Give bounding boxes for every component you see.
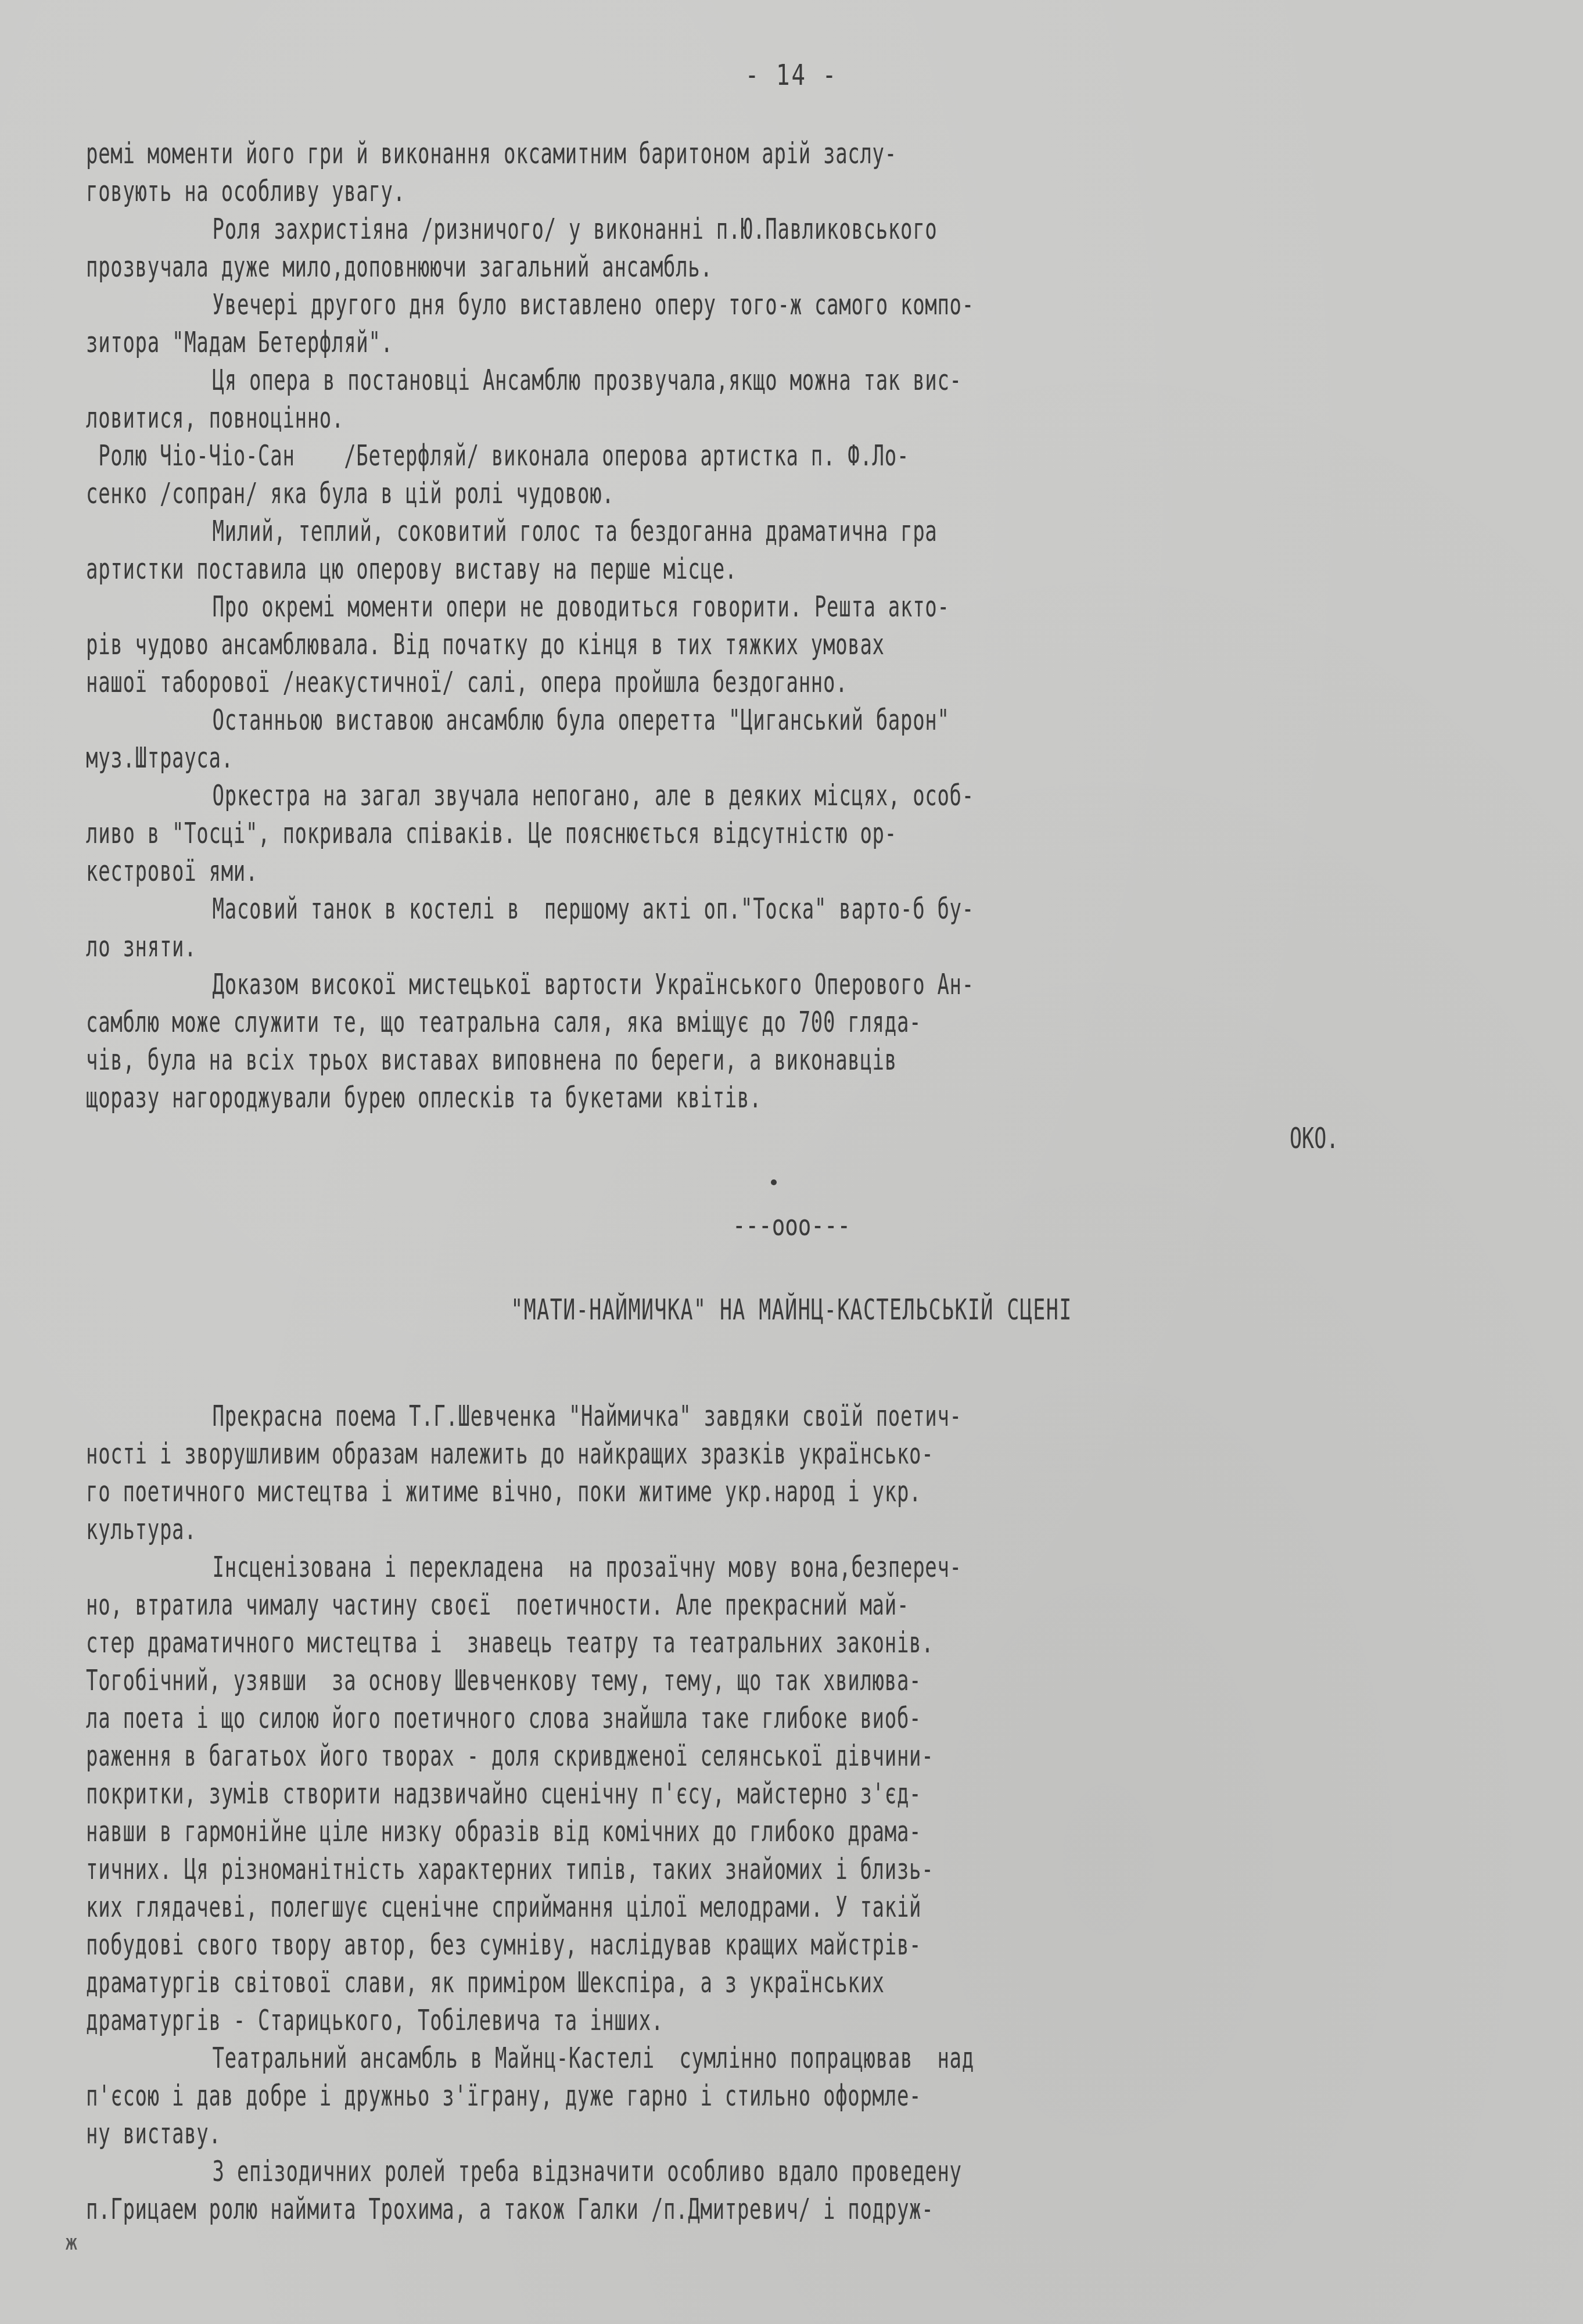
text-line: раження в багатьох його творах - доля ск… <box>86 1737 1046 1775</box>
text-line: ливо в "Тосці", покривала співаків. Це п… <box>86 815 1046 852</box>
text-line: но, втратила чималу частину своєї поетич… <box>86 1586 1046 1624</box>
text-line: Театральний ансамбль в Майнц-Кастелі сум… <box>86 2039 1046 2077</box>
section-separator: ---ооо--- <box>198 1208 1385 1242</box>
text-line: щоразу нагороджували бурею оплесків та б… <box>86 1079 1046 1117</box>
text-line: ності і зворушливим образам належить до … <box>86 1435 1046 1473</box>
author-signature: ОКО. <box>1290 1121 1338 1155</box>
text-line: Прекрасна поема Т.Г.Шевченка "Наймичка" … <box>86 1397 1046 1435</box>
page-number: - 14 - <box>174 58 1409 92</box>
text-line: Ця опера в постановці Ансамблю прозвучал… <box>86 361 1046 399</box>
text-line: ремі моменти його гри й виконання оксами… <box>86 135 1046 173</box>
text-line: побудові свого твору автор, без сумніву,… <box>86 1926 1046 1964</box>
text-line: Роля захристіяна /ризничого/ у виконанні… <box>86 210 1046 248</box>
text-line: рів чудово ансамблювала. Від початку до … <box>86 626 1046 664</box>
text-line: З епізодичних ролей треба відзначити осо… <box>86 2153 1046 2190</box>
text-line: самблю може служити те, що театральна са… <box>86 1003 1046 1041</box>
text-line: Увечері другого дня було виставлено опер… <box>86 286 1046 324</box>
text-line: Ролю Чіо-Чіо-Сан /Бетерфляй/ виконала оп… <box>86 437 1046 475</box>
text-line: ло зняти. <box>86 928 1046 966</box>
text-line: нашої таборової /неакустичної/ салі, опе… <box>86 664 1046 701</box>
article-opera-review: ремі моменти його гри й виконання оксами… <box>86 135 1498 1117</box>
text-line: прозвучала дуже мило,доповнюючи загальни… <box>86 248 1046 286</box>
text-line: ну виставу. <box>86 2115 1046 2153</box>
text-line: сенко /сопран/ яка була в цій ролі чудов… <box>86 475 1046 512</box>
text-line: п'єсою і дав добре і дружньо з'їграну, д… <box>86 2077 1046 2115</box>
text-line: Про окремі моменти опери не доводиться г… <box>86 588 1046 626</box>
text-line: Тогобічний, узявши за основу Шевченкову … <box>86 1662 1046 1699</box>
article-mati-naimychka: Прекрасна поема Т.Г.Шевченка "Наймичка" … <box>86 1397 1498 2228</box>
text-line: Милий, теплий, соковитий голос та бездог… <box>86 512 1046 550</box>
text-line: Інсценізована і перекладена на прозаїчну… <box>86 1548 1046 1586</box>
text-line: п.Грицаем ролю наймита Трохима, а також … <box>86 2190 1046 2228</box>
text-line: навши в гармонійне ціле низку образів ві… <box>86 1813 1046 1850</box>
text-line: го поетичного мистецтва і житиме вічно, … <box>86 1473 1046 1511</box>
text-line: чів, була на всіх трьох виставах виповне… <box>86 1041 1046 1079</box>
text-line: муз.Штрауса. <box>86 739 1046 777</box>
text-line: говують на особливу увагу. <box>86 173 1046 210</box>
text-line: ла поета і що силою його поетичного слов… <box>86 1699 1046 1737</box>
text-line: культура. <box>86 1511 1046 1548</box>
text-line: стер драматичного мистецтва і знавець те… <box>86 1624 1046 1662</box>
text-line: артистки поставила цю оперову виставу на… <box>86 550 1046 588</box>
page-edge-mark: ж <box>65 2231 78 2255</box>
text-line: зитора "Мадам Бетерфляй". <box>86 324 1046 361</box>
text-line: Оркестра на загал звучала непогано, але … <box>86 777 1046 815</box>
text-line: ловитися, повноцінно. <box>86 399 1046 437</box>
text-line: Доказом високої мистецької вартости Укра… <box>86 966 1046 1003</box>
typed-page: - 14 - ремі моменти його гри й виконання… <box>0 0 1583 2324</box>
text-line: Масовий танок в костелі в першому акті о… <box>86 890 1046 928</box>
text-line: кестрової ями. <box>86 852 1046 890</box>
article-title: "МАТИ-НАЙМИЧКА" НА МАЙНЦ-КАСТЕЛЬСЬКІЙ СЦ… <box>238 1293 1346 1326</box>
text-line: ких глядачеві, полегшує сценічне сприйма… <box>86 1888 1046 1926</box>
text-line: покритки, зумів створити надзвичайно сце… <box>86 1775 1046 1813</box>
text-line: тичних. Ця різноманітність характерних т… <box>86 1850 1046 1888</box>
text-line: драматургів - Старицького, Тобілевича та… <box>86 2002 1046 2039</box>
text-line: Останньою виставою ансамблю була оперетт… <box>86 701 1046 739</box>
text-line: драматургів світової слави, як приміром … <box>86 1964 1046 2002</box>
ink-dot <box>771 1179 777 1185</box>
